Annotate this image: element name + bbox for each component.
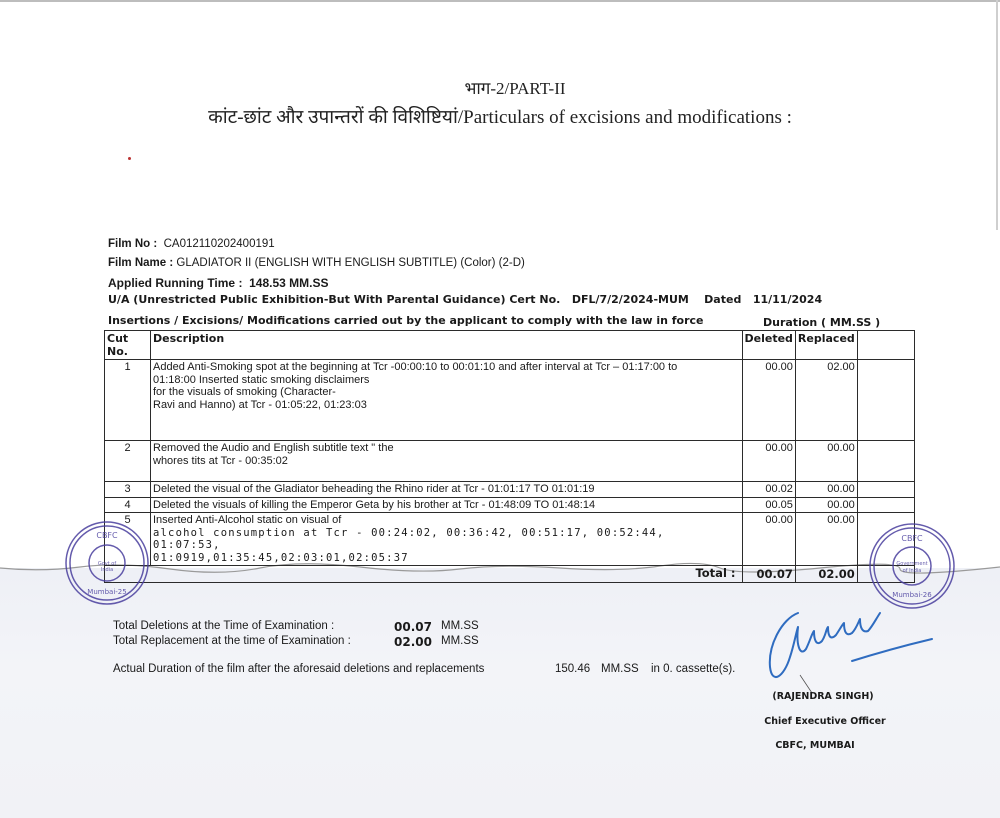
deleted-duration: 00.05 — [742, 497, 795, 513]
blank-cell — [857, 360, 914, 441]
description-line: Deleted the visuals of killing the Emper… — [153, 499, 740, 512]
col-replaced: Replaced — [795, 331, 857, 360]
page-title: कांट-छांट और उपान्तरों की विशिष्टियां/Pa… — [0, 103, 1000, 129]
film-no-value: CA012110202400191 — [164, 238, 275, 250]
dated-value: 11/11/2024 — [753, 293, 822, 306]
film-name-value: GLADIATOR II (ENGLISH WITH ENGLISH SUBTI… — [176, 257, 524, 269]
replaced-duration: 00.00 — [795, 482, 857, 498]
replaced-duration: 00.00 — [795, 441, 857, 482]
actual-duration-value: 150.46 — [555, 663, 590, 675]
description-line: alcohol consumption at Tcr - 00:24:02, 0… — [153, 527, 740, 552]
description-line: Deleted the visual of the Gladiator behe… — [153, 483, 740, 496]
cut-number: 2 — [105, 441, 151, 482]
cut-number: 3 — [105, 482, 151, 498]
deleted-duration: 00.00 — [742, 513, 795, 566]
svg-text:CBFC: CBFC — [901, 534, 923, 543]
description-line: Ravi and Hanno) at Tcr - 01:05:22, 01:23… — [153, 399, 740, 412]
signatory-office: CBFC, MUMBAI — [760, 740, 870, 751]
actual-duration-unit: MM.SS — [601, 663, 639, 675]
cut-number: 1 — [105, 360, 151, 441]
total-replaced: 02.00 — [795, 566, 857, 583]
film-name-label: Film Name : — [108, 257, 173, 269]
film-no-label: Film No : — [108, 238, 157, 250]
total-replacement-label: Total Replacement at the time of Examina… — [113, 635, 351, 647]
signature — [760, 605, 940, 700]
description-line: for the visuals of smoking (Character- — [153, 386, 740, 399]
description-line: 01:0919,01:35:45,02:03:01,02:05:37 — [153, 552, 740, 565]
deleted-duration: 00.00 — [742, 360, 795, 441]
description-line: Inserted Anti-Alcohol static on visual o… — [153, 514, 740, 527]
svg-text:Mumbai-25: Mumbai-25 — [87, 588, 126, 596]
blank-cell — [857, 441, 914, 482]
replaced-duration: 00.00 — [795, 497, 857, 513]
running-time-line: Applied Running Time : 148.53 MM.SS — [108, 276, 328, 290]
svg-text:of India: of India — [903, 568, 922, 574]
deleted-duration: 00.00 — [742, 441, 795, 482]
film-no-line: Film No : CA012110202400191 — [108, 238, 275, 250]
svg-text:Mumbai-26: Mumbai-26 — [892, 591, 932, 599]
cbfc-stamp-right: CBFC Government of India Mumbai-26 — [866, 520, 958, 612]
cut-description: Added Anti-Smoking spot at the beginning… — [151, 360, 743, 441]
col-description: Description — [151, 331, 743, 360]
section-caption: Insertions / Excisions/ Modifications ca… — [108, 314, 704, 327]
svg-text:CBFC: CBFC — [96, 531, 118, 540]
total-deleted: 00.07 — [742, 566, 795, 583]
description-line: Removed the Audio and English subtitle t… — [153, 442, 740, 455]
description-line: 01:18:00 Inserted static smoking disclai… — [153, 374, 740, 387]
table-row: 4Deleted the visuals of killing the Empe… — [105, 497, 915, 513]
total-row: Total : 00.07 02.00 — [105, 566, 915, 583]
svg-text:India: India — [101, 567, 113, 573]
svg-text:Government: Government — [896, 561, 927, 567]
part-heading: भाग-2/PART-II — [0, 76, 1000, 99]
cut-description: Inserted Anti-Alcohol static on visual o… — [151, 513, 743, 566]
total-replacement-unit: MM.SS — [441, 635, 479, 647]
excisions-table: Cut No. Description Deleted Replaced 1Ad… — [104, 330, 915, 583]
replaced-duration: 02.00 — [795, 360, 857, 441]
col-deleted: Deleted — [742, 331, 795, 360]
signatory-name: (RAJENDRA SINGH) — [768, 691, 878, 702]
running-time-label: Applied Running Time : — [108, 276, 242, 290]
table-header-row: Cut No. Description Deleted Replaced — [105, 331, 915, 360]
certificate-category: U/A (Unrestricted Public Exhibition-But … — [108, 293, 560, 306]
film-name-line: Film Name : GLADIATOR II (ENGLISH WITH E… — [108, 257, 525, 269]
total-replacement-value: 02.00 — [394, 635, 432, 649]
table-row: 3Deleted the visual of the Gladiator beh… — [105, 482, 915, 498]
duration-label: Duration ( MM.SS ) — [763, 316, 880, 329]
cut-description: Deleted the visuals of killing the Emper… — [151, 497, 743, 513]
replaced-duration: 00.00 — [795, 513, 857, 566]
table-row: 1Added Anti-Smoking spot at the beginnin… — [105, 360, 915, 441]
table-row: 2Removed the Audio and English subtitle … — [105, 441, 915, 482]
description-line: whores tits at Tcr - 00:35:02 — [153, 455, 740, 468]
total-label: Total : — [151, 566, 743, 583]
total-deletions-label: Total Deletions at the Time of Examinati… — [113, 620, 334, 632]
blank-cell — [857, 482, 914, 498]
ink-speck — [128, 157, 131, 160]
cbfc-stamp-left: CBFC Govt of India Mumbai-25 — [62, 518, 152, 608]
cut-number: 4 — [105, 497, 151, 513]
cut-description: Removed the Audio and English subtitle t… — [151, 441, 743, 482]
signatory-designation: Chief Executive Officer — [760, 716, 890, 727]
actual-duration-label: Actual Duration of the film after the af… — [113, 663, 484, 675]
blank-cell — [857, 497, 914, 513]
cut-description: Deleted the visual of the Gladiator behe… — [151, 482, 743, 498]
col-blank — [857, 331, 914, 360]
table-row: 5Inserted Anti-Alcohol static on visual … — [105, 513, 915, 566]
dated-label: Dated — [704, 293, 741, 306]
total-deletions-unit: MM.SS — [441, 620, 479, 632]
cassette-text: in 0. cassette(s). — [651, 663, 735, 675]
total-deletions-value: 00.07 — [394, 620, 432, 634]
description-line: Added Anti-Smoking spot at the beginning… — [153, 361, 740, 374]
cert-no: DFL/7/2/2024-MUM — [572, 293, 689, 306]
deleted-duration: 00.02 — [742, 482, 795, 498]
running-time-value: 148.53 MM.SS — [249, 276, 328, 290]
certificate-line: U/A (Unrestricted Public Exhibition-But … — [108, 293, 822, 306]
col-cut-no: Cut No. — [105, 331, 151, 360]
